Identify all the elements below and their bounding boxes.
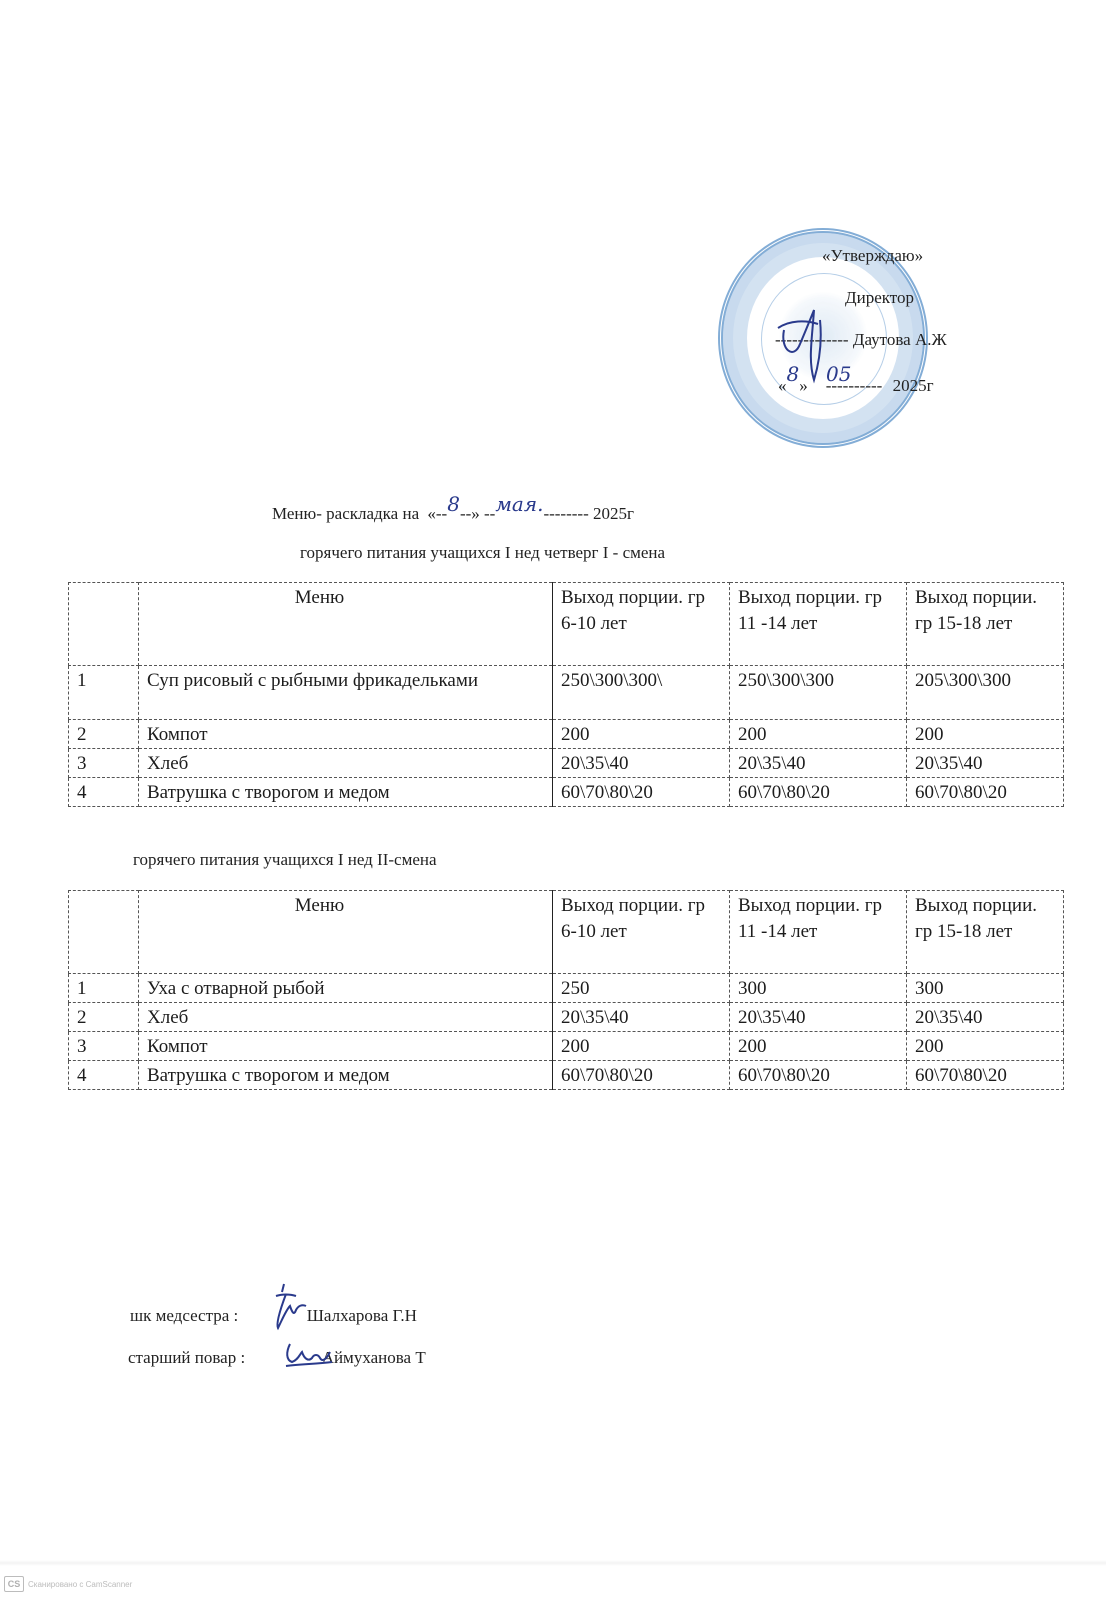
- cook-signature-icon: [280, 1338, 336, 1372]
- nurse-signature-icon: [268, 1280, 316, 1332]
- approval-date-year: 2025г: [893, 376, 934, 395]
- header-num: [69, 891, 139, 974]
- table-header-row: Меню Выход порции. гр 6-10 лет Выход пор…: [69, 891, 1064, 974]
- header-menu: Меню: [139, 583, 553, 666]
- header-g6-10: Выход порции. гр 6-10 лет: [553, 583, 730, 666]
- director-position: Директор: [845, 288, 914, 308]
- header-g15-18: Выход порции. гр 15-18 лет: [907, 583, 1064, 666]
- nurse-role: шк медсестра :: [130, 1306, 238, 1325]
- table-row: 1 Уха с отварной рыбой 250 300 300: [69, 974, 1064, 1003]
- menu-title: Меню- раскладка на «--8--» --мая.-------…: [272, 500, 634, 524]
- table-header-row: Меню Выход порции. гр 6-10 лет Выход пор…: [69, 583, 1064, 666]
- shift1-subtitle: горячего питания учащихся I нед четверг …: [300, 543, 665, 563]
- header-menu: Меню: [139, 891, 553, 974]
- table-row: 2 Хлеб 20\35\40 20\35\40 20\35\40: [69, 1003, 1064, 1032]
- table-row: 3 Хлеб 20\35\40 20\35\40 20\35\40: [69, 749, 1064, 778]
- shift1-menu-table: Меню Выход порции. гр 6-10 лет Выход пор…: [68, 582, 1064, 807]
- title-day: 8: [447, 492, 460, 516]
- cook-signature-line: старший повар : Аймуханова Т: [128, 1348, 426, 1368]
- cook-role: старший повар :: [128, 1348, 245, 1367]
- nurse-name: Шалхарова Г.Н: [307, 1306, 417, 1325]
- shift2-subtitle: горячего питания учащихся I нед II-смена: [133, 850, 437, 870]
- header-g11-14: Выход порции. гр 11 -14 лет: [730, 891, 907, 974]
- scan-edge-shadow: [0, 1560, 1106, 1566]
- header-g11-14: Выход порции. гр 11 -14 лет: [730, 583, 907, 666]
- table-row: 4 Ватрушка с творогом и медом 60\70\80\2…: [69, 1061, 1064, 1090]
- watermark-text: Сканировано с CamScanner: [28, 1580, 132, 1589]
- title-month: мая.: [495, 492, 543, 516]
- header-g6-10: Выход порции. гр 6-10 лет: [553, 891, 730, 974]
- table-row: 4 Ватрушка с творогом и медом 60\70\80\2…: [69, 778, 1064, 807]
- director-name: Даутова А.Ж: [853, 330, 947, 349]
- table-row: 1 Суп рисовый с рыбными фрикадельками 25…: [69, 666, 1064, 720]
- cook-name: Аймуханова Т: [322, 1348, 426, 1367]
- scanner-watermark: CS Сканировано с CamScanner: [4, 1576, 132, 1592]
- header-g15-18: Выход порции. гр 15-18 лет: [907, 891, 1064, 974]
- header-num: [69, 583, 139, 666]
- title-year: 2025г: [593, 504, 634, 523]
- approve-label: «Утверждаю»: [822, 246, 923, 266]
- table-row: 2 Компот 200 200 200: [69, 720, 1064, 749]
- table-row: 3 Компот 200 200 200: [69, 1032, 1064, 1061]
- shift2-menu-table: Меню Выход порции. гр 6-10 лет Выход пор…: [68, 890, 1064, 1090]
- camscanner-logo-icon: CS: [4, 1576, 24, 1592]
- director-signature-icon: [770, 300, 840, 390]
